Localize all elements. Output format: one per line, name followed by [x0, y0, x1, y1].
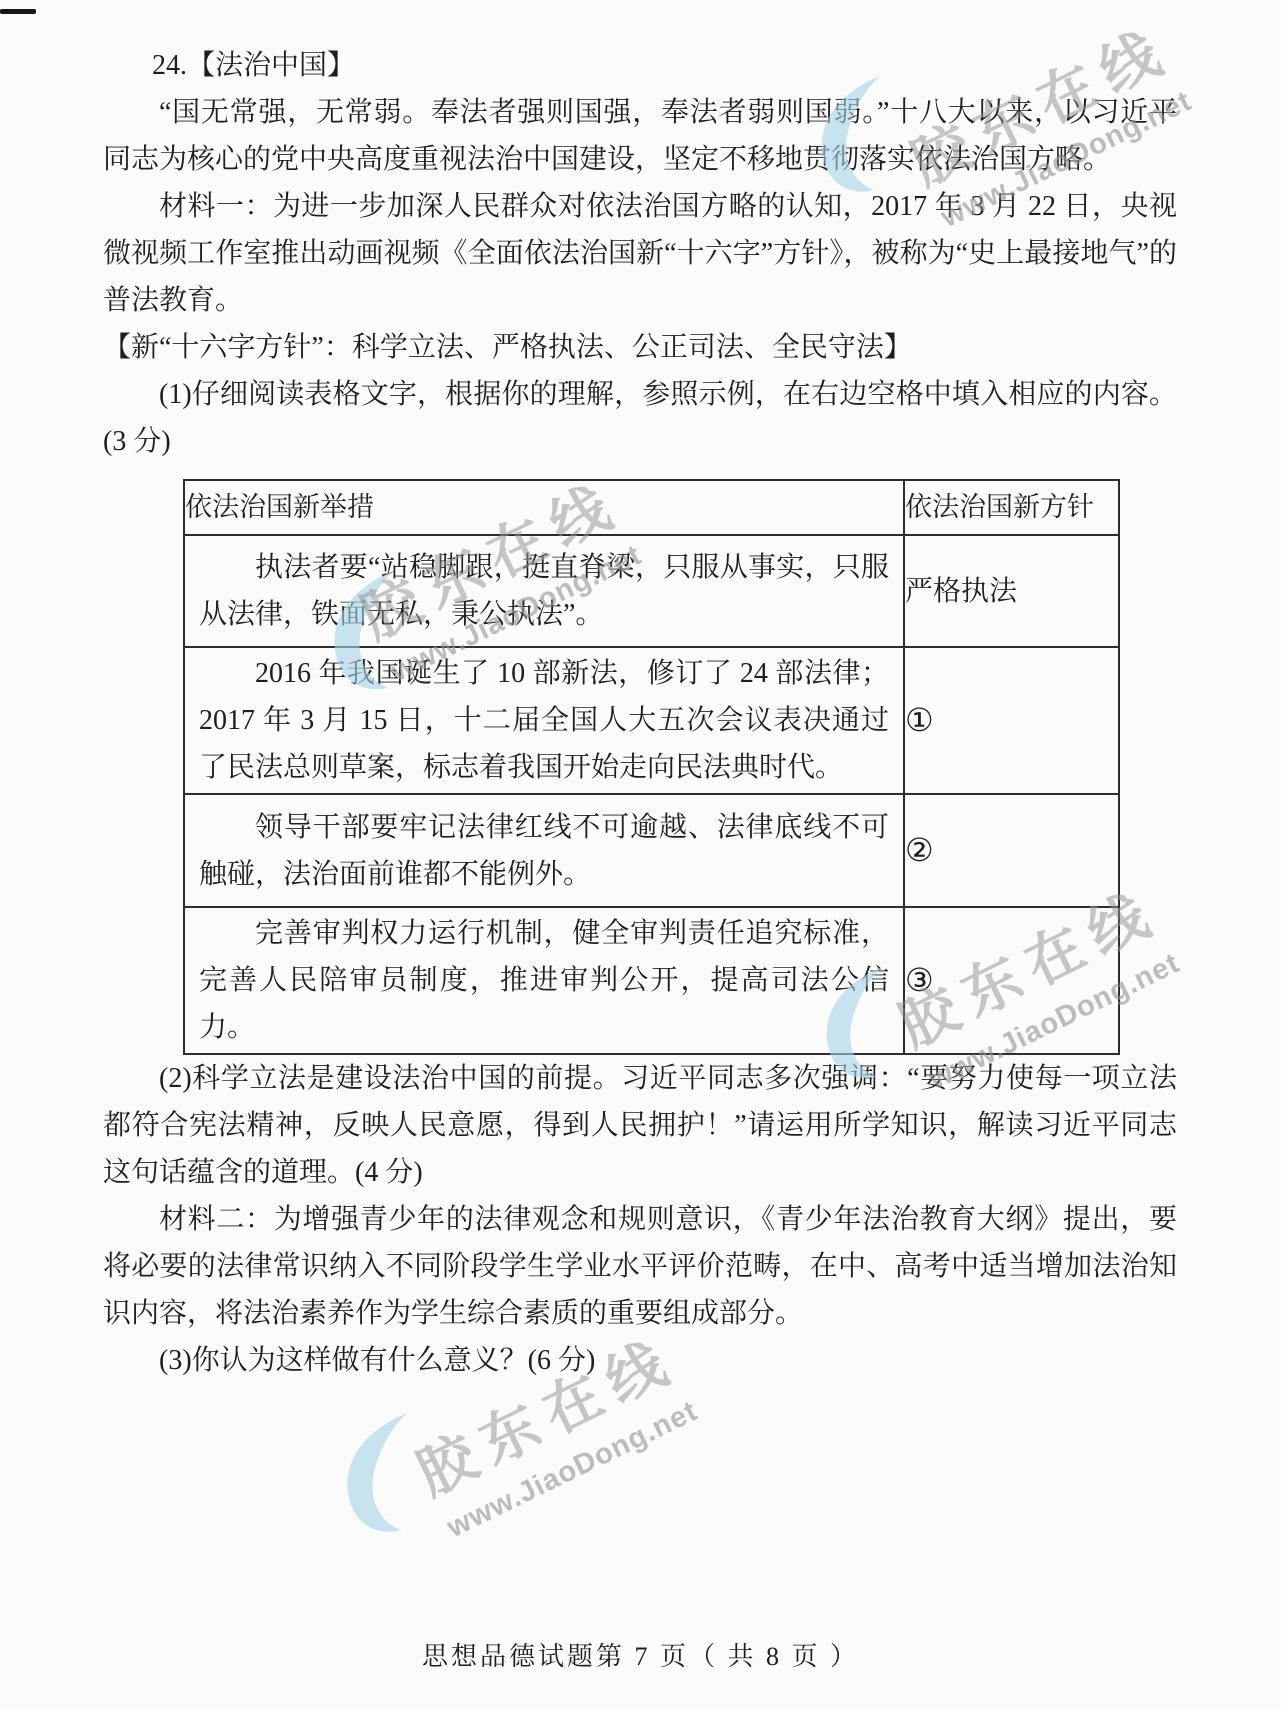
measure-cell: 完善审判权力运行机制，健全审判责任追究标准，完善人民陪审员制度，推进审判公开，提… — [184, 907, 904, 1054]
exam-page: 胶东在线 www.JiaoDong.net 胶东在线 www.JiaoDong.… — [0, 0, 1281, 1710]
table-header-measures: 依法治国新举措 — [184, 480, 904, 535]
policy-cell: ② — [904, 794, 1119, 907]
law-table: 依法治国新举措 依法治国新方针 执法者要“站稳脚跟，挺直脊梁，只服从事实，只服从… — [183, 479, 1120, 1055]
page-footer: 思想品德试题第 7 页（ 共 8 页 ） — [0, 1636, 1281, 1673]
policy-cell: ③ — [904, 907, 1119, 1054]
table-row: 领导干部要牢记法律红线不可逾越、法律底线不可触碰，法治面前谁都不能例外。 ② — [184, 794, 1119, 907]
scan-artifact — [0, 9, 36, 14]
measure-cell: 2016 年我国诞生了 10 部新法，修订了 24 部法律；2017 年 3 月… — [184, 647, 904, 794]
question-number-title: 24.【法治中国】 — [103, 42, 1177, 89]
table-header-policy: 依法治国新方针 — [904, 480, 1119, 535]
question-1: (1)仔细阅读表格文字，根据你的理解，参照示例，在右边空格中填入相应的内容。(3… — [103, 371, 1177, 465]
measure-cell: 领导干部要牢记法律红线不可逾越、法律底线不可触碰，法治面前谁都不能例外。 — [184, 794, 904, 907]
table-row: 执法者要“站稳脚跟，挺直脊梁，只服从事实，只服从法律，铁面无私，秉公执法”。 严… — [184, 535, 1119, 647]
watermark: 胶东在线 www.JiaoDong.net — [368, 1368, 738, 1491]
exam-content: 24.【法治中国】 “国无常强，无常弱。奉法者强则国强，奉法者弱则国弱。”十八大… — [103, 42, 1177, 1384]
table-header-row: 依法治国新举措 依法治国新方针 — [184, 480, 1119, 535]
watermark-site-url: www.JiaoDong.net — [442, 1395, 703, 1545]
question-2: (2)科学立法是建设法治中国的前提。习近平同志多次强调：“要努力使每一项立法都符… — [103, 1055, 1177, 1196]
table-row: 完善审判权力运行机制，健全审判责任追究标准，完善人民陪审员制度，推进审判公开，提… — [184, 907, 1119, 1054]
jiaodong-logo-swoosh — [335, 1405, 420, 1540]
policy-cell: 严格执法 — [904, 535, 1119, 647]
material-1-paragraph: 材料一：为进一步加深人民群众对依法治国方略的认知，2017 年 3 月 22 日… — [103, 183, 1177, 324]
measure-cell: 执法者要“站稳脚跟，挺直脊梁，只服从事实，只服从法律，铁面无私，秉公执法”。 — [184, 535, 904, 647]
sixteen-char-policy-line: 【新“十六字方针”：科学立法、严格执法、公正司法、全民守法】 — [103, 324, 1177, 371]
material-2-paragraph: 材料二：为增强青少年的法律观念和规则意识，《青少年法治教育大纲》提出，要将必要的… — [103, 1196, 1177, 1337]
table-row: 2016 年我国诞生了 10 部新法，修订了 24 部法律；2017 年 3 月… — [184, 647, 1119, 794]
question-3: (3)你认为这样做有什么意义？(6 分) — [103, 1337, 1177, 1384]
policy-cell: ① — [904, 647, 1119, 794]
intro-paragraph: “国无常强，无常弱。奉法者强则国强，奉法者弱则国弱。”十八大以来，以习近平同志为… — [103, 89, 1177, 183]
